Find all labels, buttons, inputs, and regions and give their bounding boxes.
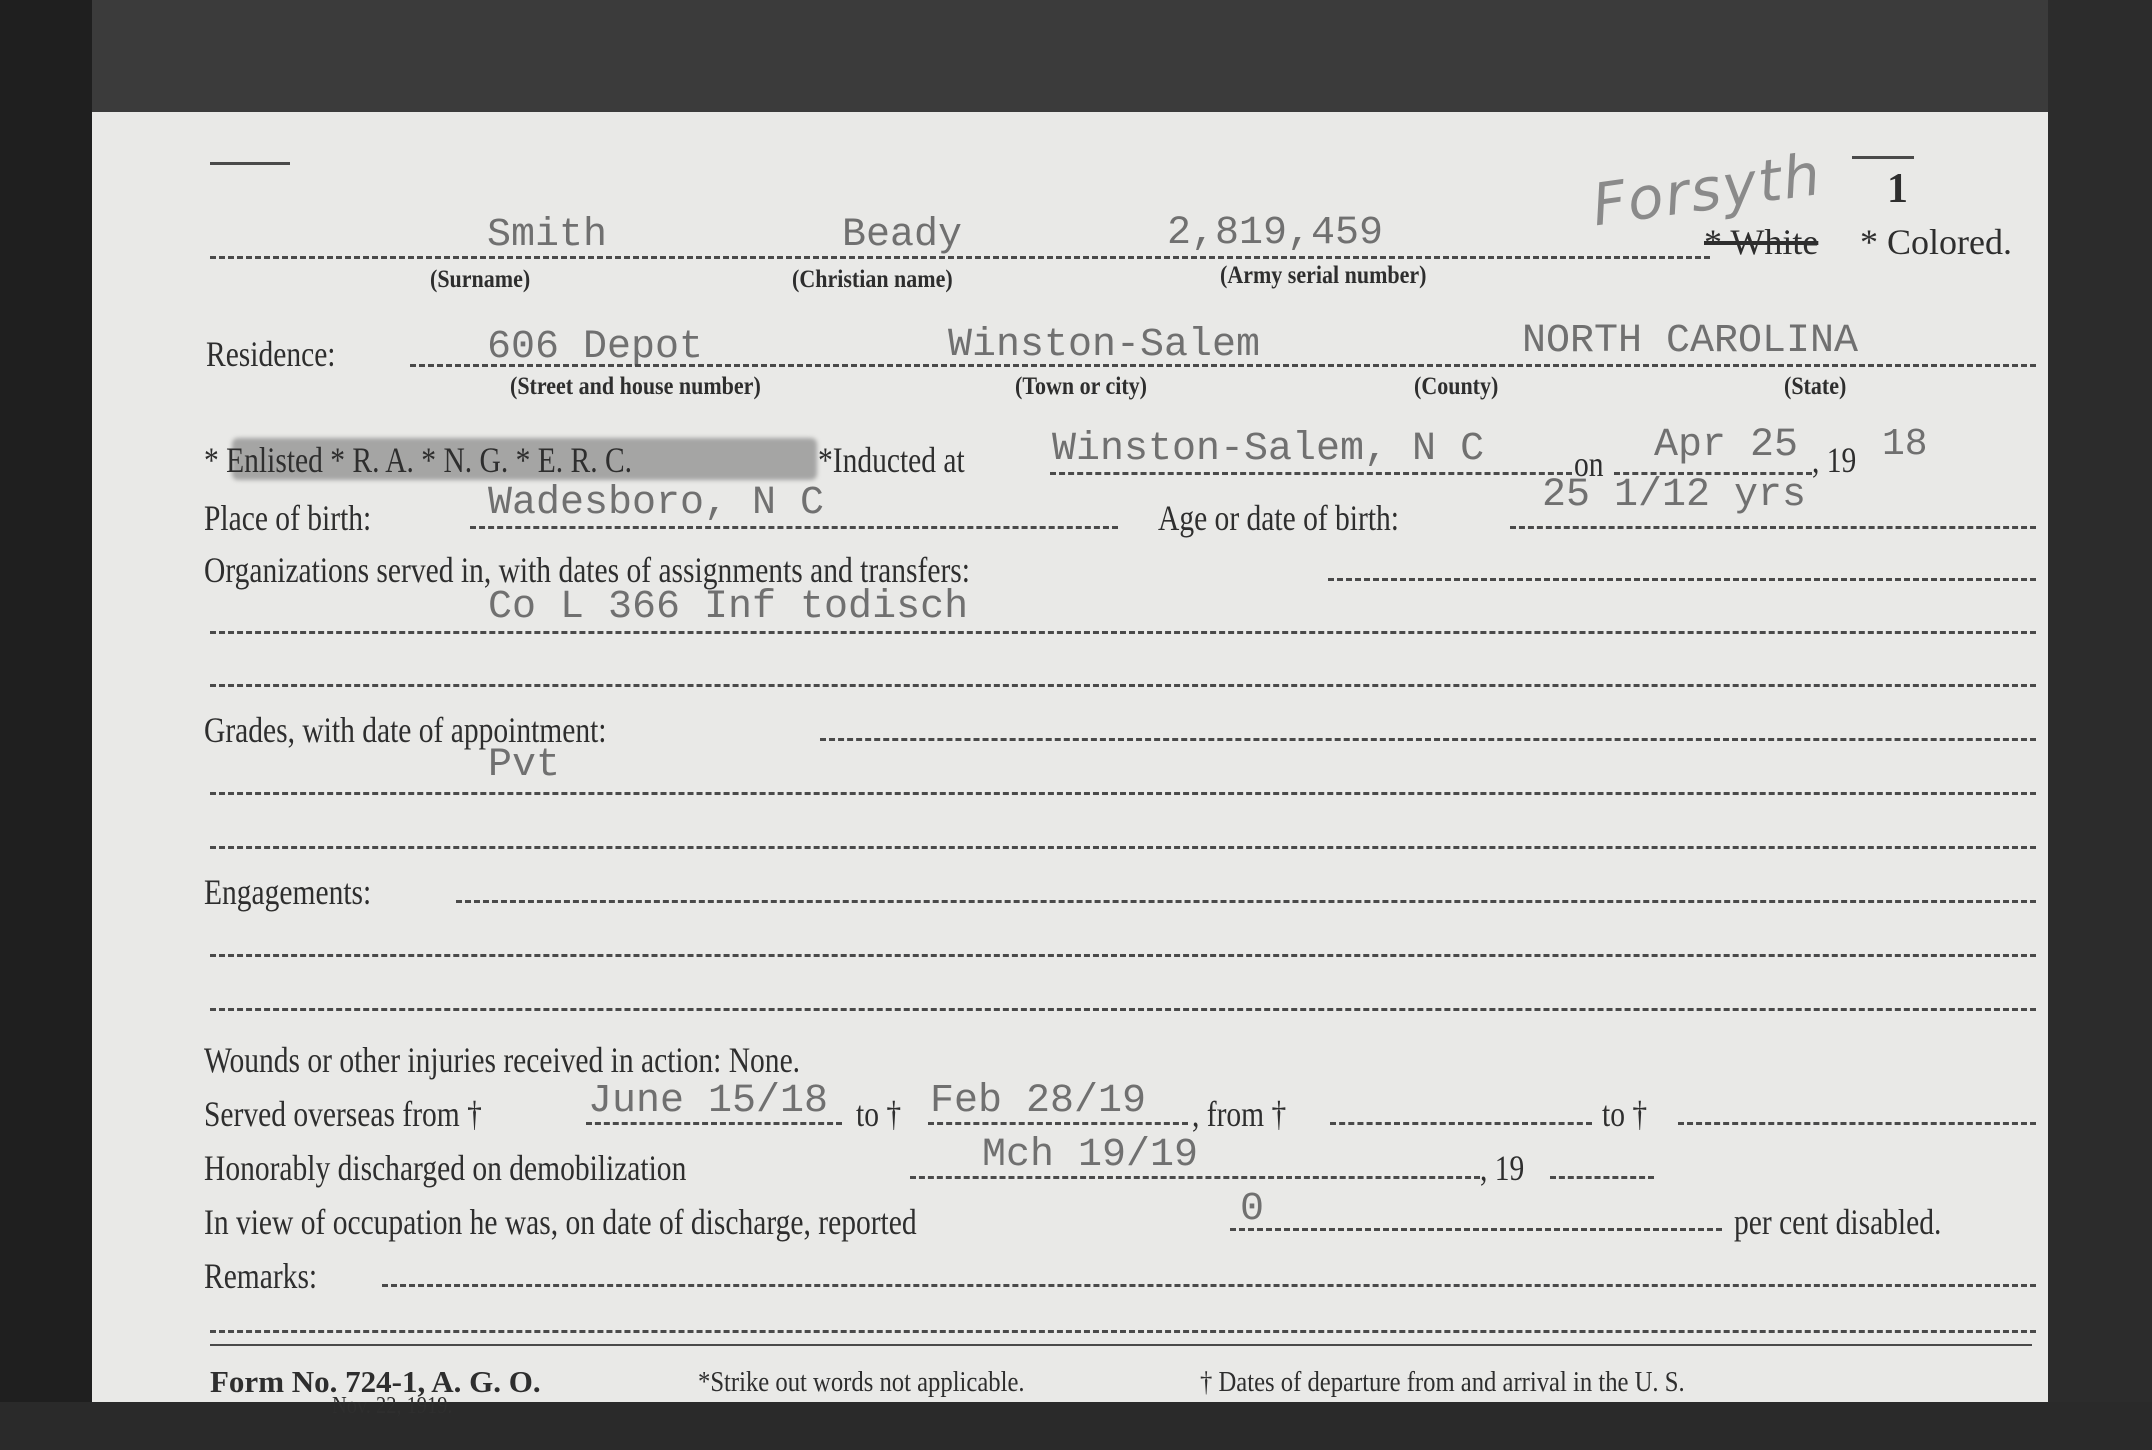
discharge-date-line: [910, 1176, 1480, 1179]
grades-line-2: [210, 792, 2036, 795]
enlistment-options-struck: * Enlisted * R. A. * N. G. * E. R. C.: [204, 442, 632, 478]
overseas-from2-label: , from †: [1192, 1096, 1286, 1132]
serial-number-value: 2,819,459: [1167, 214, 1383, 254]
top-right-rule: [1852, 156, 1914, 159]
inducted-at-value: Winston-Salem, N C: [1052, 430, 1484, 470]
overseas-to2-line: [1678, 1122, 2036, 1125]
discharge-year-label: , 19: [1480, 1150, 1524, 1186]
top-left-rule: [210, 162, 290, 165]
organizations-line-3: [210, 684, 2036, 687]
engagements-line-3: [210, 1008, 2036, 1011]
town-value: Winston-Salem: [948, 326, 1260, 366]
race-white-label: * White: [1704, 222, 1818, 262]
christian-name-caption: (Christian name): [792, 267, 953, 292]
organizations-line-2: [210, 631, 2036, 634]
engagements-label: Engagements:: [204, 874, 371, 910]
town-caption: (Town or city): [1015, 374, 1147, 399]
induction-year-suffix: 18: [1882, 426, 1928, 464]
county-caption: (County): [1414, 374, 1498, 399]
remarks-line-2: [210, 1330, 2036, 1333]
discharge-date-value: Mch 19/19: [982, 1136, 1198, 1176]
overseas-from-value: June 15/18: [588, 1082, 828, 1122]
organizations-value: Co L 366 Inf todisch: [488, 588, 968, 628]
scan-background-left: [0, 0, 92, 1450]
overseas-to-label: to †: [856, 1096, 901, 1132]
engagements-line-1: [456, 900, 2036, 903]
form-date: Nov. 22, 1919.: [332, 1394, 453, 1418]
grades-line-1: [820, 738, 2036, 741]
discharge-year-line: [1550, 1176, 1654, 1179]
induction-date-value: Apr 25: [1654, 426, 1798, 466]
disability-value: 0: [1240, 1190, 1264, 1230]
race-white-struck: * White: [1704, 224, 1818, 260]
street-caption: (Street and house number): [510, 374, 761, 399]
remarks-line-1: [382, 1284, 2036, 1287]
disability-line: [1230, 1228, 1722, 1231]
overseas-from-line: [586, 1122, 842, 1125]
state-caption: (State): [1784, 374, 1846, 399]
christian-name-value: Beady: [842, 216, 962, 256]
serial-number-caption: (Army serial number): [1220, 263, 1427, 288]
organizations-label: Organizations served in, with dates of a…: [204, 552, 970, 588]
strike-out-note: *Strike out words not applicable.: [698, 1368, 1025, 1397]
wounds-label: Wounds or other injuries received in act…: [204, 1042, 800, 1078]
card-number: 1: [1887, 168, 1908, 210]
engagements-line-2: [210, 954, 2036, 957]
dagger-note: † Dates of departure from and arrival in…: [1200, 1368, 1685, 1397]
place-of-birth-line: [470, 526, 1118, 529]
grades-value: Pvt: [488, 746, 560, 786]
street-value: 606 Depot: [487, 328, 703, 368]
name-row-line: [210, 256, 1710, 259]
inducted-at-line: [1050, 472, 1572, 475]
race-colored-label: * Colored.: [1860, 224, 2012, 260]
overseas-to-line: [928, 1122, 1188, 1125]
disability-suffix: per cent disabled.: [1734, 1204, 1941, 1240]
service-record-card: 1 Forsyth Smith Beady 2,819,459 * White …: [92, 112, 2048, 1402]
remarks-label: Remarks:: [204, 1258, 317, 1294]
place-of-birth-value: Wadesboro, N C: [488, 484, 824, 524]
discharge-label: Honorably discharged on demobilization: [204, 1150, 686, 1186]
scan-background-top: [92, 0, 2152, 112]
overseas-from2-line: [1330, 1122, 1592, 1125]
overseas-to-value: Feb 28/19: [930, 1082, 1146, 1122]
age-value: 25 1/12 yrs: [1542, 476, 1806, 516]
overseas-from-label: Served overseas from †: [204, 1096, 482, 1132]
age-label: Age or date of birth:: [1158, 500, 1399, 536]
inducted-at-label: *Inducted at: [818, 442, 965, 478]
state-value: NORTH CAROLINA: [1522, 322, 1858, 362]
residence-line: [410, 364, 2036, 367]
scan-background-right: [2048, 0, 2152, 1450]
residence-label: Residence:: [206, 336, 336, 372]
disability-label: In view of occupation he was, on date of…: [204, 1204, 917, 1240]
surname-value: Smith: [487, 216, 607, 256]
place-of-birth-label: Place of birth:: [204, 500, 371, 536]
scan-background-bottom: [0, 1402, 2152, 1450]
year-prefix: , 19: [1812, 442, 1856, 478]
age-line: [1510, 526, 2036, 529]
organizations-line-1: [1328, 578, 2036, 581]
overseas-to2-label: to †: [1602, 1096, 1647, 1132]
surname-caption: (Surname): [430, 267, 530, 292]
footer-rule: [210, 1344, 2032, 1346]
grades-line-3: [210, 846, 2036, 849]
